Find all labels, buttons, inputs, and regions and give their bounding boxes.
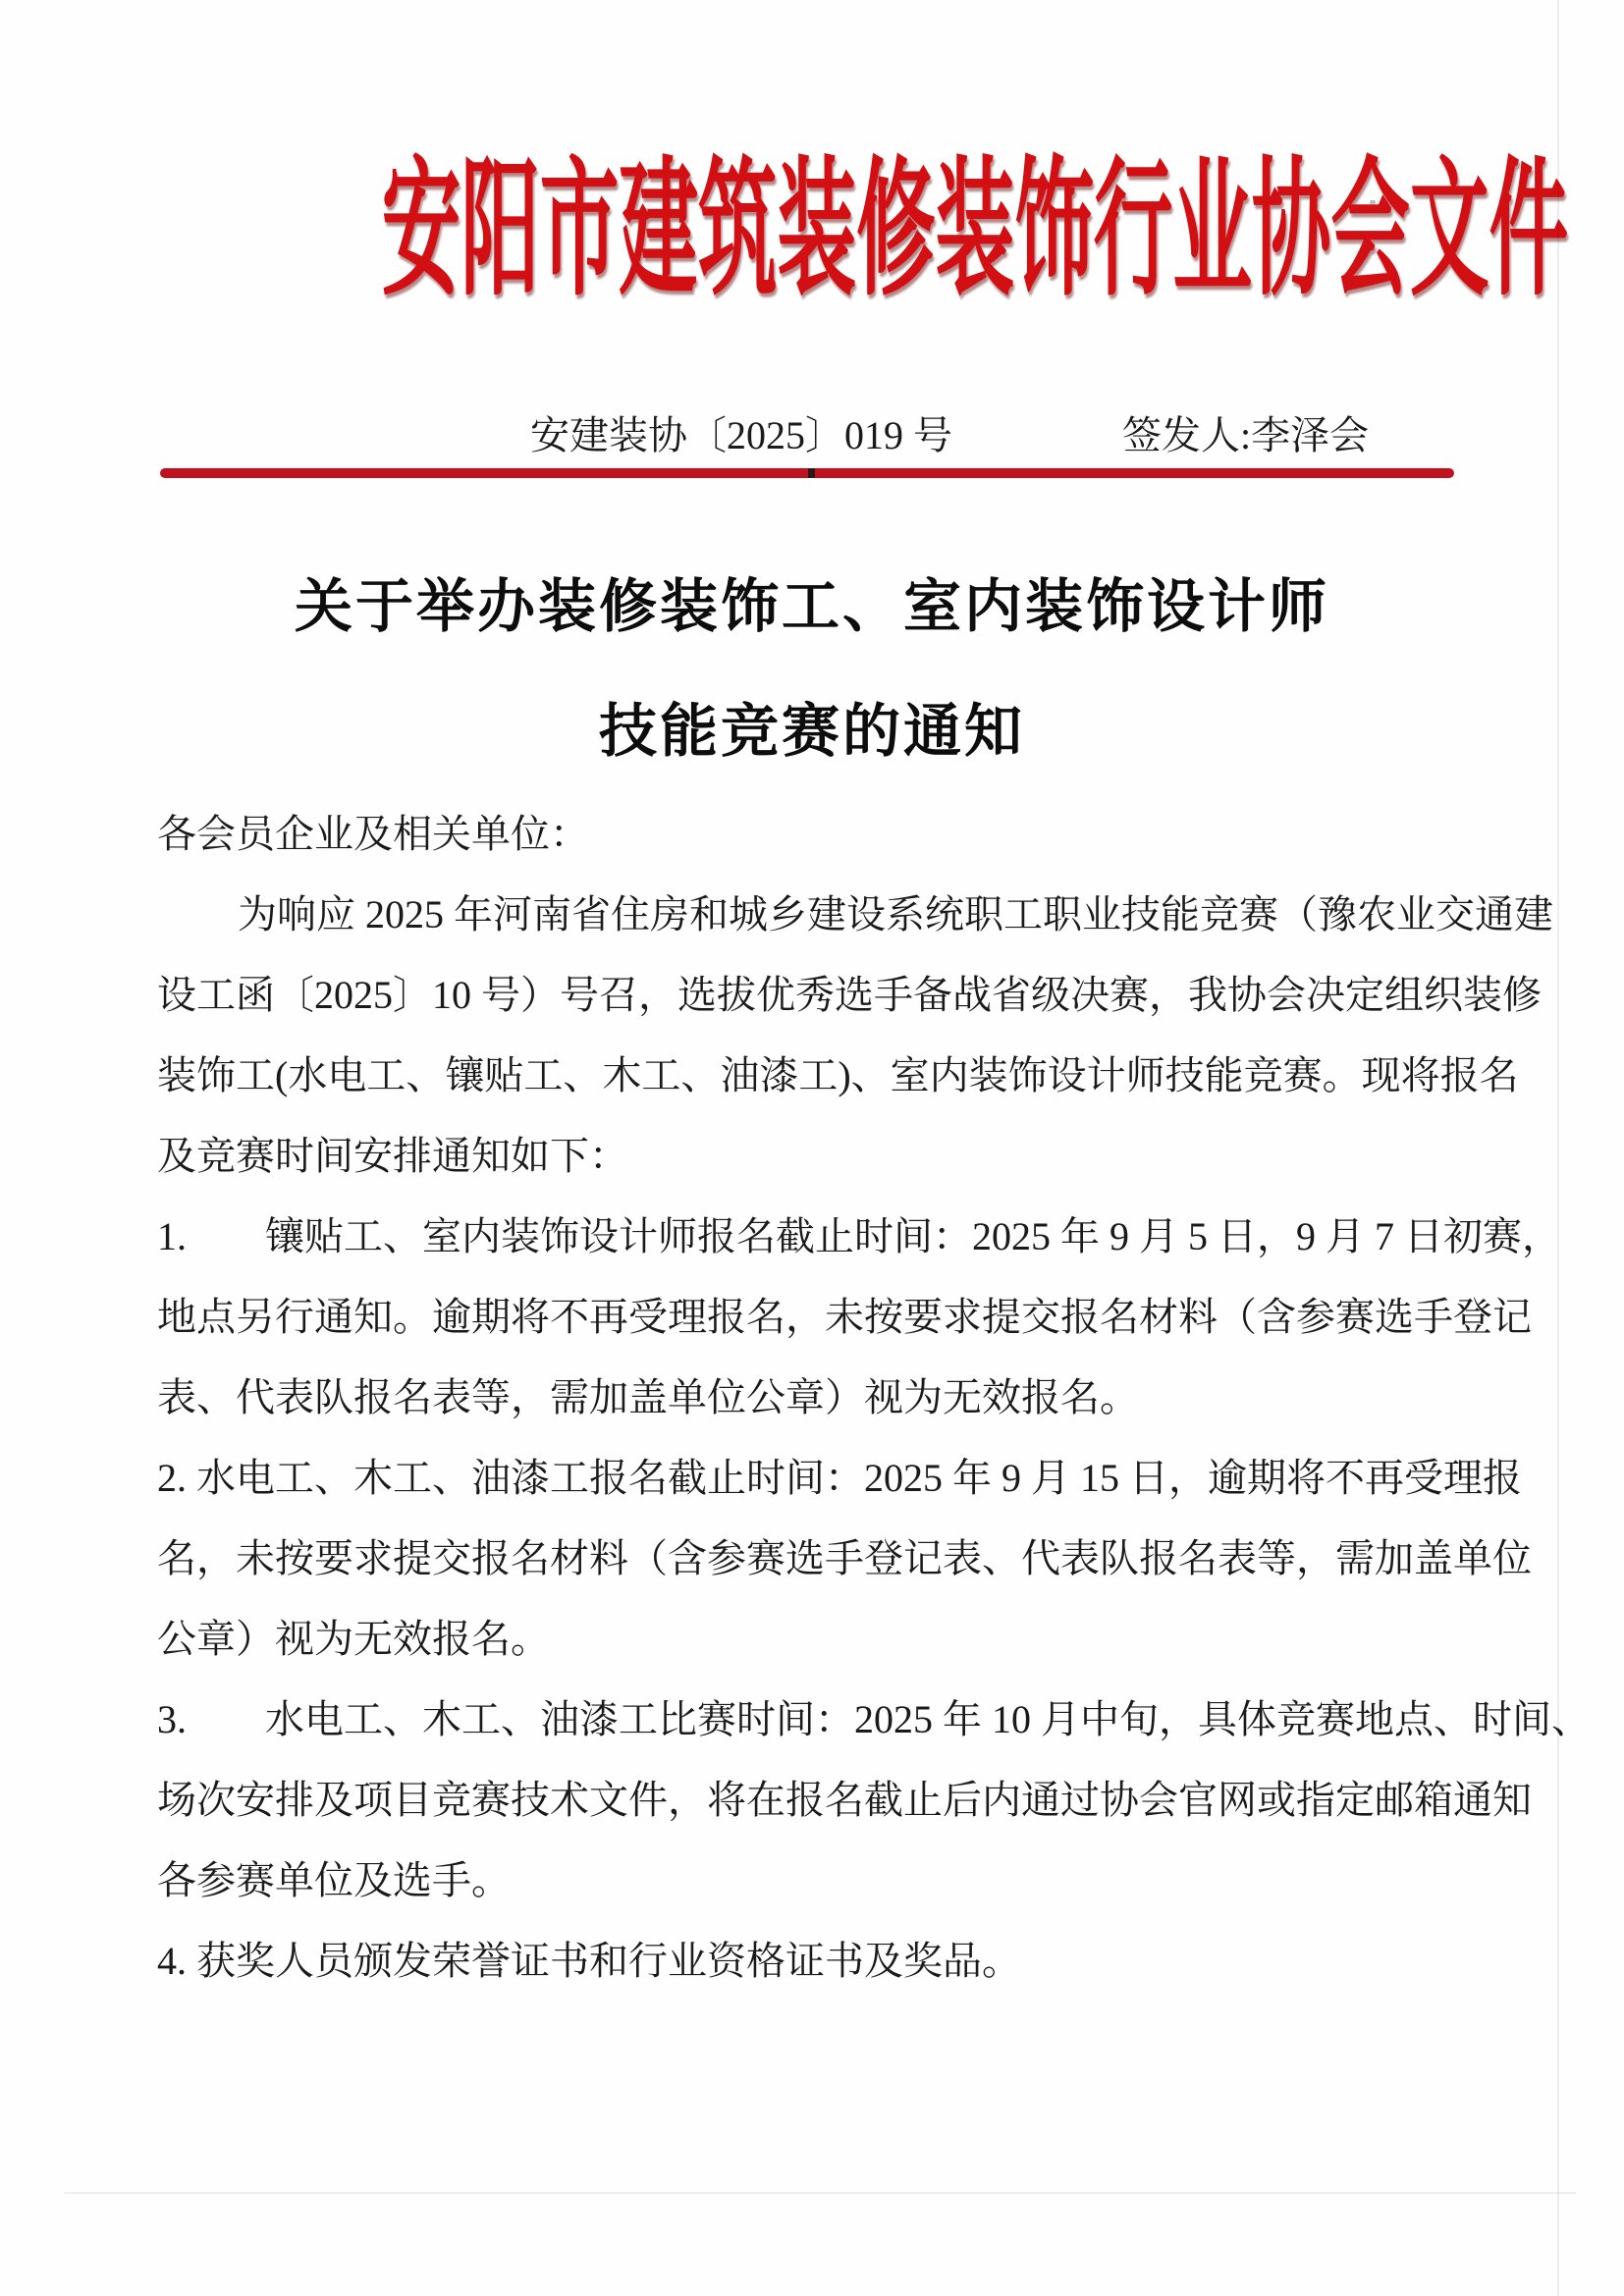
body-line: 表、代表队报名表等，需加盖单位公章）视为无效报名。 — [157, 1358, 1469, 1438]
body-line: 各参赛单位及选手。 — [157, 1841, 1469, 1921]
body-line: 3. 水电工、木工、油漆工比赛时间：2025 年 10 月中旬，具体竞赛地点、时… — [157, 1680, 1469, 1760]
issuer-name: 签发人:李泽会 — [1122, 414, 1369, 457]
body-line: 装饰工(水电工、镶贴工、木工、油漆工)、室内装饰设计师技能竞赛。现将报名 — [157, 1036, 1469, 1116]
scan-edge-line — [1557, 0, 1559, 2296]
body-line: 2. 水电工、木工、油漆工报名截止时间：2025 年 9 月 15 日，逾期将不… — [157, 1438, 1469, 1519]
scan-speck — [1370, 200, 1376, 204]
body-line: 设工函〔2025〕10 号）号召，选拔优秀选手备战省级决赛，我协会决定组织装修 — [157, 955, 1469, 1036]
document-title-line2: 技能竞赛的通知 — [0, 700, 1624, 763]
body-line: 地点另行通知。逾期将不再受理报名，未按要求提交报名材料（含参赛选手登记 — [157, 1277, 1469, 1358]
document-number: 安建装协〔2025〕019 号 — [530, 414, 952, 457]
red-separator-rule — [160, 468, 1454, 478]
body-line: 场次安排及项目竞赛技术文件，将在报名截止后内通过协会官网或指定邮箱通知 — [157, 1760, 1469, 1841]
letterhead-title: 安阳市建筑装修装饰行业协会文件 — [382, 155, 1243, 307]
body-line: 名，未按要求提交报名材料（含参赛选手登记表、代表队报名表等，需加盖单位 — [157, 1519, 1469, 1599]
body-line: 及竞赛时间安排通知如下： — [157, 1116, 1469, 1197]
body-line: 公章）视为无效报名。 — [157, 1599, 1469, 1680]
body-line: 为响应 2025 年河南省住房和城乡建设系统职工职业技能竞赛（豫农业交通建 — [157, 875, 1469, 955]
document-body: 各会员企业及相关单位：为响应 2025 年河南省住房和城乡建设系统职工职业技能竞… — [157, 794, 1469, 2002]
scanned-document-page: 安阳市建筑装修装饰行业协会文件 安建装协〔2025〕019 号 签发人:李泽会 … — [0, 0, 1624, 2296]
body-line: 1. 镶贴工、室内装饰设计师报名截止时间：2025 年 9 月 5 日，9 月 … — [157, 1197, 1469, 1277]
body-line: 各会员企业及相关单位： — [157, 794, 1469, 875]
body-line: 4. 获奖人员颁发荣誉证书和行业资格证书及奖品。 — [157, 1921, 1469, 2002]
scan-fold-line — [64, 2192, 1576, 2194]
document-title-line1: 关于举办装修装饰工、室内装饰设计师 — [0, 575, 1624, 638]
ink-mark — [808, 468, 815, 478]
